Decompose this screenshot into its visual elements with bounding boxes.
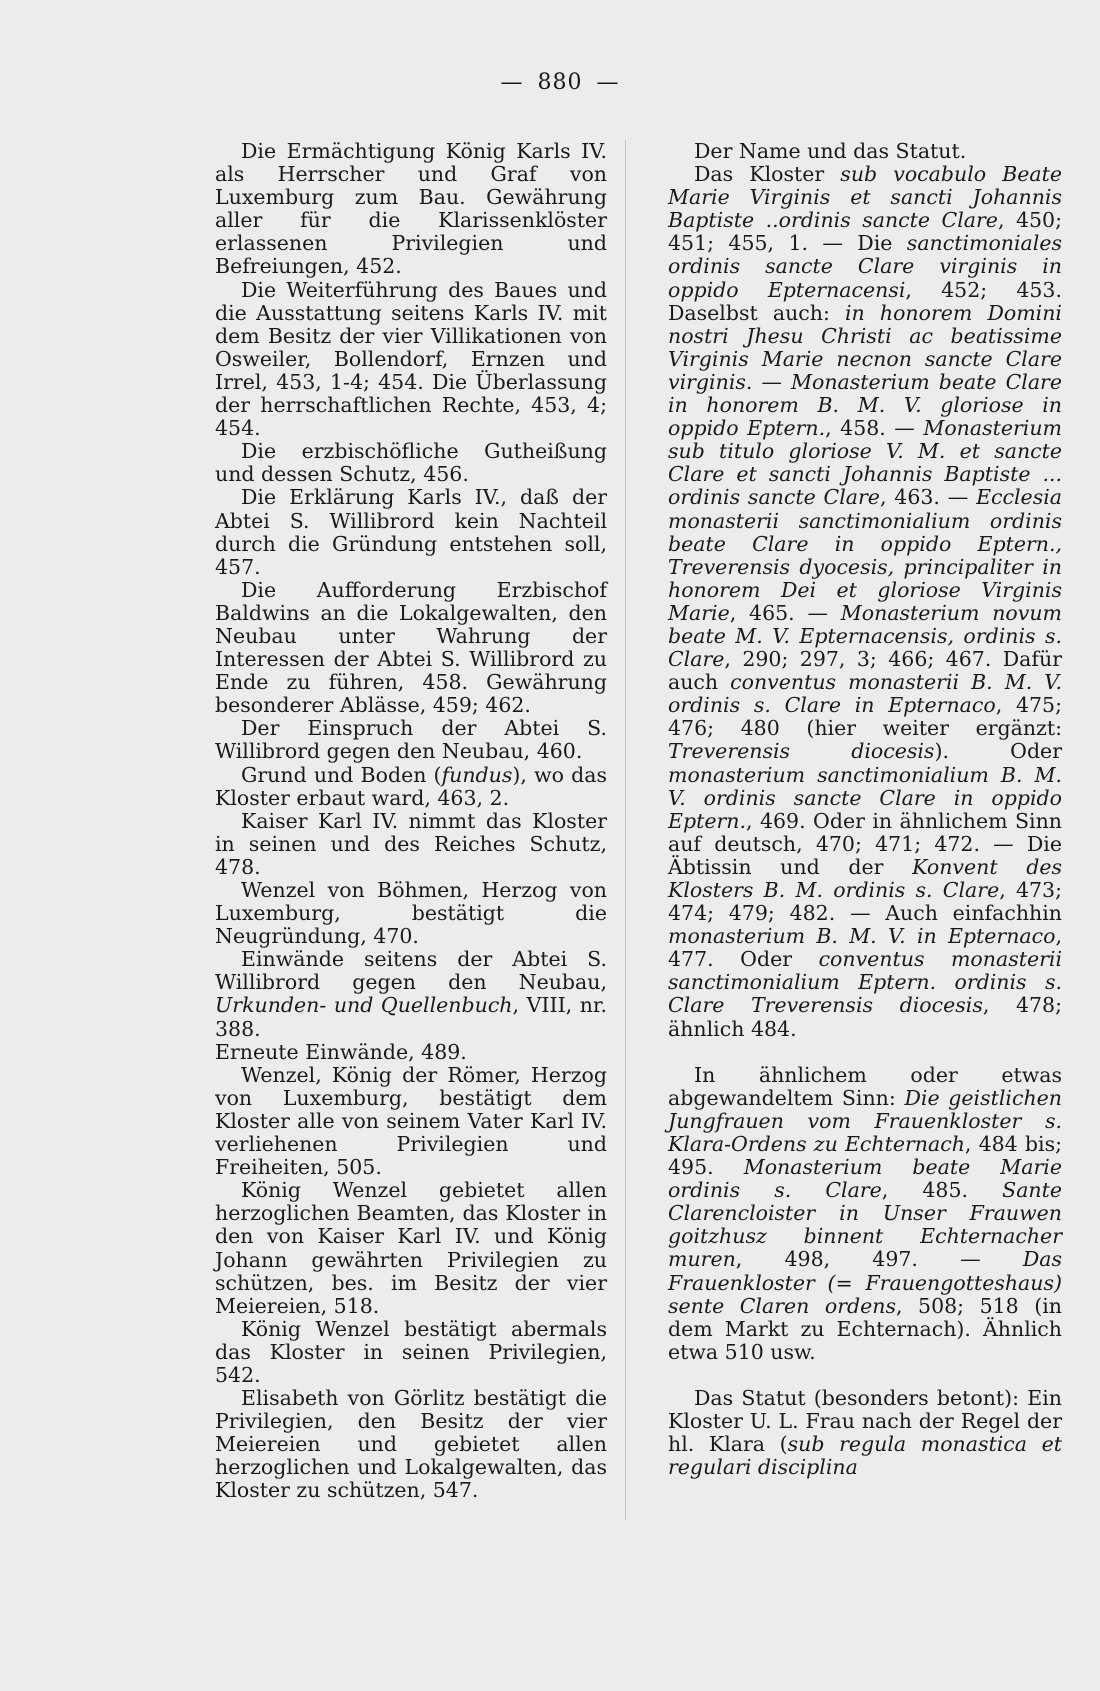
index-entry: Die Weiterführung des Baues und die Auss… — [215, 279, 607, 441]
column-divider — [625, 140, 626, 1520]
index-entry: König Wenzel bestätigt abermals das Klos… — [215, 1318, 607, 1387]
name-variants-paragraph: Das Kloster sub vocabulo Beate Marie Vir… — [668, 163, 1062, 1041]
index-entry: Wenzel von Böhmen, Herzog von Luxemburg,… — [215, 879, 607, 948]
text-run: , 485. — [882, 1178, 1002, 1202]
index-entry: Erneute Einwände, 489. — [215, 1041, 607, 1064]
index-entry: Elisabeth von Görlitz bestätigt die Priv… — [215, 1387, 607, 1502]
entry-text: Einwände seitens der Abtei S. Willibrord… — [215, 947, 607, 994]
index-entry: Die erzbischöfliche Gutheißung und desse… — [215, 440, 607, 486]
entry-italic-term: fundus — [442, 763, 513, 787]
index-entry: Einwände seitens der Abtei S. Willibrord… — [215, 948, 607, 1040]
text-run: ). Oder — [934, 739, 1062, 763]
page-number-dash-left: — — [501, 70, 524, 95]
left-column: Die Ermächtigung König Karls IV. als Her… — [215, 140, 607, 1503]
page-number-value: 880 — [538, 70, 583, 95]
latin-quote: Treverensis diocesis — [668, 739, 934, 763]
entry-italic-citation: Urkunden- und Quellenbuch — [215, 993, 513, 1017]
index-entry: Die Ermächtigung König Karls IV. als Her… — [215, 140, 607, 279]
statute-paragraph: Das Statut (besonders betont): Ein Klost… — [668, 1387, 1062, 1479]
index-entry: König Wenzel gebietet allen herzoglichen… — [215, 1179, 607, 1318]
right-column: Der Name und das Statut. Das Kloster sub… — [668, 140, 1062, 1479]
index-entry: Die Erklärung Karls IV., daß der Abtei S… — [215, 486, 607, 578]
index-entry: Der Einspruch der Abtei S. Willibrord ge… — [215, 717, 607, 763]
section-heading: Der Name und das Statut. — [668, 140, 1062, 163]
text-run: , 463. — — [880, 485, 976, 509]
index-entry: Kaiser Karl IV. nimmt das Kloster in sei… — [215, 810, 607, 879]
similar-names-paragraph: In ähnlichem oder etwas abgewandeltem Si… — [668, 1064, 1062, 1364]
index-entry: Die Aufforderung Erzbischof Baldwins an … — [215, 579, 607, 718]
page-number: —880— — [0, 70, 1100, 95]
index-entry: Wenzel, König der Römer, Herzog von Luxe… — [215, 1064, 607, 1179]
text-run: , 458. — — [825, 416, 923, 440]
index-entry: Grund und Boden (fundus), wo das Kloster… — [215, 764, 607, 810]
entry-text: Grund und Boden ( — [241, 763, 442, 787]
text-run: Das Kloster — [694, 162, 840, 186]
text-run: , 465. — — [730, 601, 841, 625]
latin-quote: monasterium B. M. V. in Epternaco — [668, 924, 1055, 948]
text-run: , 498, 497. — — [736, 1247, 1023, 1271]
page-number-dash-right: — — [597, 70, 620, 95]
